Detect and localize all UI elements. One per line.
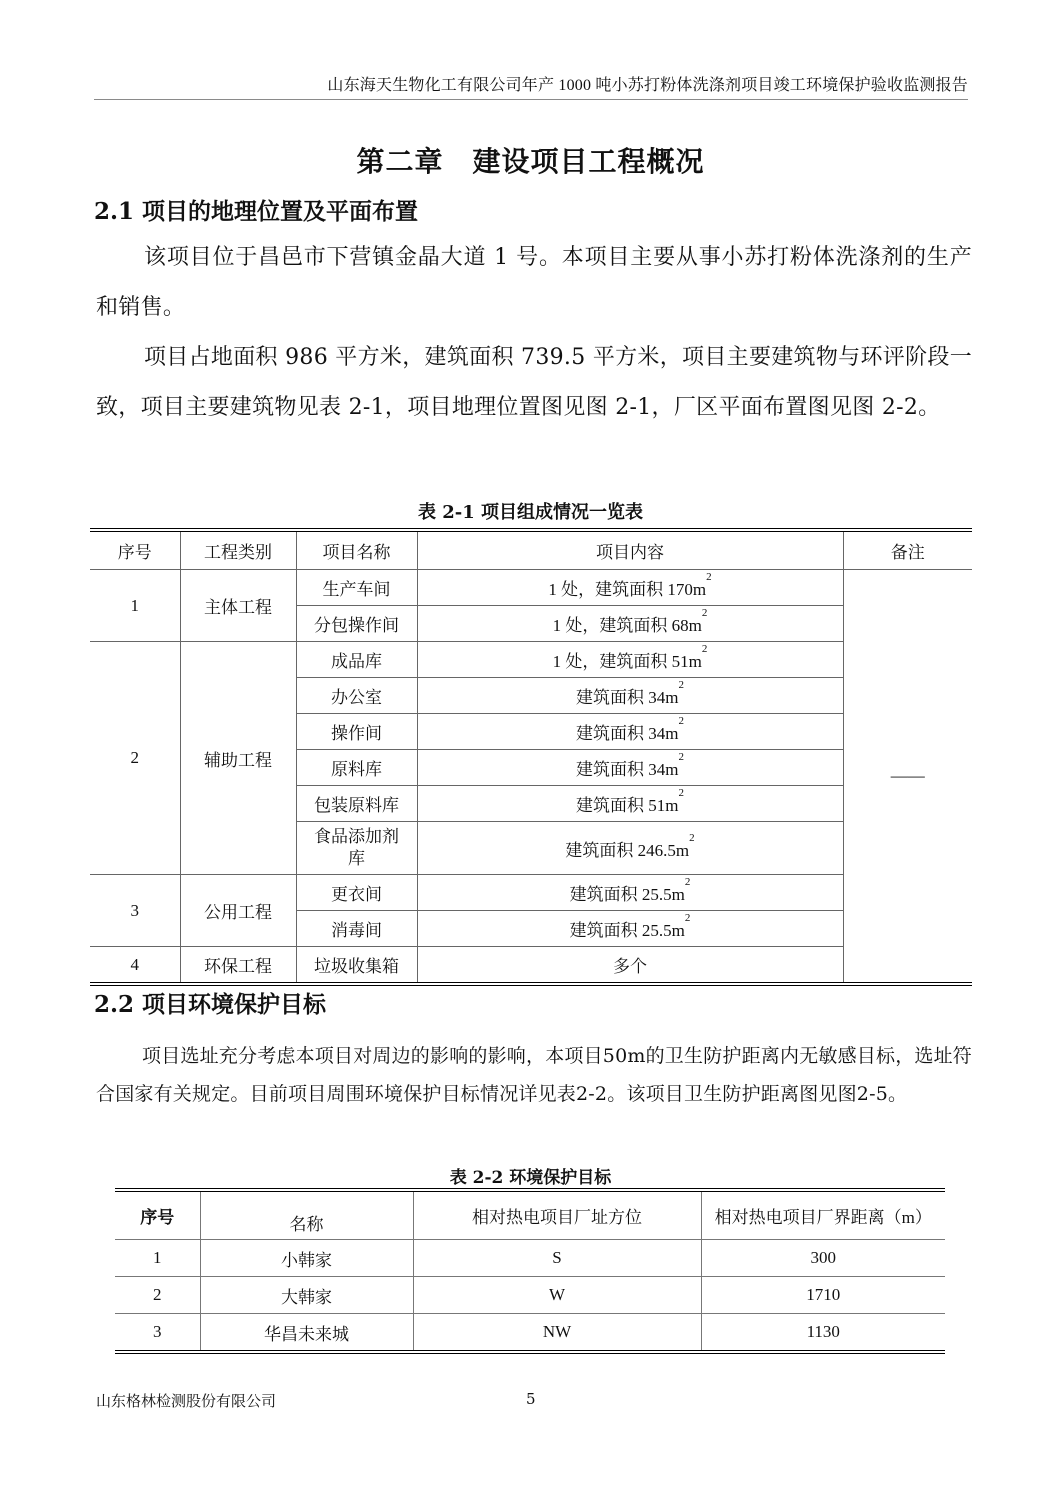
item-name: 垃圾收集箱 (296, 947, 417, 985)
item-content: 建筑面积 34m2 (417, 714, 843, 750)
category-cell: 公用工程 (180, 875, 296, 947)
table-2-1-caption: 表 2-1 项目组成情况一览表 (0, 498, 1061, 524)
item-name: 操作间 (296, 714, 417, 750)
table-2-2-caption: 表 2-2 环境保护目标 (0, 1163, 1061, 1188)
table-row: 2 辅助工程 成品库 1 处，建筑面积 51m2 (90, 642, 972, 678)
section-heading-2-1: 2.1 项目的地理位置及平面布置 (94, 193, 418, 226)
header-cell: 序号 (115, 1190, 200, 1240)
target-name: 大韩家 (200, 1277, 413, 1314)
item-content: 1 处，建筑面积 170m2 (417, 570, 843, 606)
item-name: 办公室 (296, 678, 417, 714)
chapter-title: 第二章 建设项目工程概况 (0, 140, 1061, 180)
row-number: 2 (90, 642, 180, 875)
item-content: 建筑面积 34m2 (417, 750, 843, 786)
item-content: 建筑面积 25.5m2 (417, 875, 843, 911)
item-content: 1 处，建筑面积 68m2 (417, 606, 843, 642)
paragraph-protection-targets: 项目选址充分考虑本项目对周边的影响的影响，本项目50m的卫生防护距离内无敏感目标… (96, 1037, 972, 1113)
item-name: 包装原料库 (296, 786, 417, 822)
header-cell: 名称 (200, 1190, 413, 1240)
environmental-protection-targets-table: 序号 名称 相对热电项目厂址方位 相对热电项目厂界距离（m） 1 小韩家 S 3… (115, 1188, 945, 1354)
row-number: 3 (90, 875, 180, 947)
table-row: 3 公用工程 更衣间 建筑面积 25.5m2 (90, 875, 972, 911)
paragraph-location: 该项目位于昌邑市下营镇金晶大道 1 号。本项目主要从事小苏打粉体洗涤剂的生产和销… (96, 233, 972, 333)
header-cell: 序号 (90, 530, 180, 570)
direction: NW (413, 1314, 701, 1353)
header-cell: 工程类别 (180, 530, 296, 570)
row-number: 3 (115, 1314, 200, 1353)
header-cell: 相对热电项目厂界距离（m） (701, 1190, 945, 1240)
distance: 300 (701, 1240, 945, 1277)
item-content: 建筑面积 25.5m2 (417, 911, 843, 947)
page-number: 5 (526, 1390, 536, 1408)
target-name: 华昌未来城 (200, 1314, 413, 1353)
header-divider (94, 99, 968, 100)
table-row: 1 小韩家 S 300 (115, 1240, 945, 1277)
running-header: 山东海天生物化工有限公司年产 1000 吨小苏打粉体洗涤剂项目竣工环境保护验收监… (94, 72, 968, 95)
row-number: 1 (115, 1240, 200, 1277)
item-name: 消毒间 (296, 911, 417, 947)
paragraph-area: 项目占地面积 986 平方米，建筑面积 739.5 平方米，项目主要建筑物与环评… (96, 333, 972, 433)
section-heading-2-2: 2.2 项目环境保护目标 (94, 986, 326, 1019)
category-cell: 环保工程 (180, 947, 296, 985)
item-content: 建筑面积 51m2 (417, 786, 843, 822)
row-number: 2 (115, 1277, 200, 1314)
project-composition-table: 序号 工程类别 项目名称 项目内容 备注 1 主体工程 生产车间 1 处，建筑面… (90, 528, 972, 986)
table-row: 2 大韩家 W 1710 (115, 1277, 945, 1314)
item-name: 食品添加剂库 (296, 822, 417, 875)
table-row: 1 主体工程 生产车间 1 处，建筑面积 170m2 —— (90, 570, 972, 606)
direction: S (413, 1240, 701, 1277)
item-content: 建筑面积 246.5m2 (417, 822, 843, 875)
footer-company: 山东格林检测股份有限公司 (96, 1390, 276, 1411)
header-cell: 项目名称 (296, 530, 417, 570)
item-name: 生产车间 (296, 570, 417, 606)
distance: 1710 (701, 1277, 945, 1314)
header-cell: 相对热电项目厂址方位 (413, 1190, 701, 1240)
table-row: 4 环保工程 垃圾收集箱 多个 (90, 947, 972, 985)
header-cell: 备注 (843, 530, 972, 570)
item-content: 建筑面积 34m2 (417, 678, 843, 714)
table-row: 3 华昌未来城 NW 1130 (115, 1314, 945, 1353)
category-cell: 辅助工程 (180, 642, 296, 875)
table-header-row: 序号 名称 相对热电项目厂址方位 相对热电项目厂界距离（m） (115, 1190, 945, 1240)
item-name: 原料库 (296, 750, 417, 786)
item-name: 更衣间 (296, 875, 417, 911)
item-content: 1 处，建筑面积 51m2 (417, 642, 843, 678)
remark-cell: —— (843, 570, 972, 985)
row-number: 4 (90, 947, 180, 985)
distance: 1130 (701, 1314, 945, 1353)
header-cell: 项目内容 (417, 530, 843, 570)
direction: W (413, 1277, 701, 1314)
row-number: 1 (90, 570, 180, 642)
category-cell: 主体工程 (180, 570, 296, 642)
table-header-row: 序号 工程类别 项目名称 项目内容 备注 (90, 530, 972, 570)
item-content: 多个 (417, 947, 843, 985)
item-name: 分包操作间 (296, 606, 417, 642)
target-name: 小韩家 (200, 1240, 413, 1277)
item-name: 成品库 (296, 642, 417, 678)
